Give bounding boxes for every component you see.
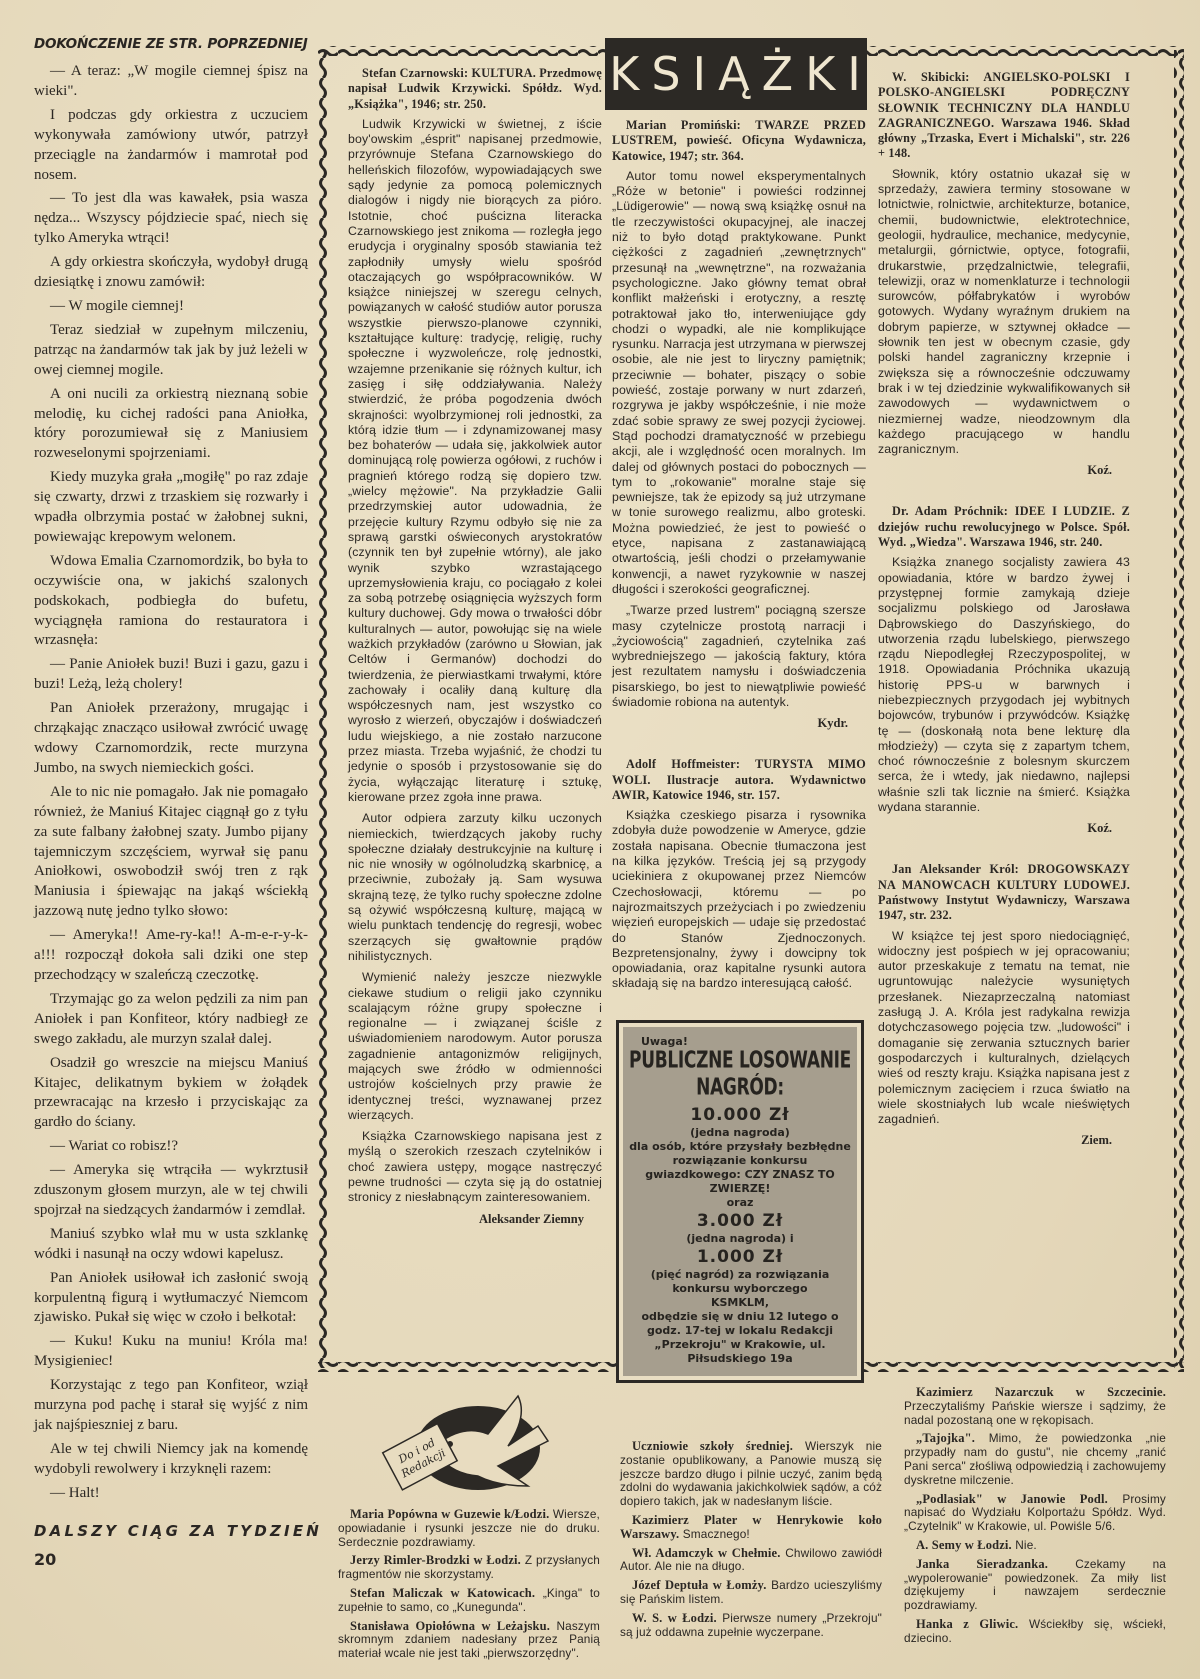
letter-entry: Uczniowie szkoły średniej. Wierszyk nie … (620, 1440, 882, 1509)
review-prominski: Marian Promiński: TWARZE PRZED LUSTREM, … (612, 118, 866, 731)
letter-entry: W. S. w Łodzi. Pierwsze numery „Przekroj… (620, 1612, 882, 1640)
story-paragraph: — Wariat co robisz!? (34, 1137, 308, 1157)
announcement-attention: Uwaga! (629, 1035, 851, 1048)
review-prochnik: Dr. Adam Próchnik: IDEE I LUDZIE. Z dzie… (878, 504, 1130, 836)
review-signature: Koź. (878, 463, 1130, 478)
letter-entry: „Podlasiak" w Janowie Podl. Prosimy napi… (904, 1493, 1166, 1534)
section-title-ksiazki: KSIĄŻKI (605, 38, 867, 110)
review-signature: Ziem. (878, 1133, 1130, 1148)
letter-entry: Hanka z Gliwic. Wściekłby się, wściekł, … (904, 1618, 1166, 1646)
review-czarnowski: Stefan Czarnowski: KULTURA. Przedmowę na… (348, 66, 602, 1227)
letters-column-1: Maria Popówna w Guzewie k/Łodzi. Wiersze… (338, 1508, 600, 1666)
story-paragraph: — Panie Aniołek buzi! Buzi i gazu, gazu … (34, 655, 308, 695)
review-paragraph: Autor tomu nowel eksperymentalnych „Róże… (612, 169, 866, 597)
letter-entry: Stanisława Opiołówna w Leżajsku. Naszym … (338, 1620, 600, 1661)
letter-addressee: Wł. Adamczyk w Chełmie. (632, 1546, 781, 1560)
letter-addressee: Stefan Maliczak w Katowicach. (350, 1586, 535, 1600)
story-paragraph: Osadził go wreszcie na miejscu Maniuś Ki… (34, 1054, 308, 1134)
letter-entry: Stefan Maliczak w Katowicach. „Kinga" to… (338, 1587, 600, 1615)
story-paragraph: Pan Aniołek przerażony, mrugając i chrzą… (34, 699, 308, 779)
letter-addressee: Janka Sieradzanka. (916, 1557, 1048, 1571)
letter-addressee: Kazimierz Nazarczuk w Szczecinie. (916, 1385, 1166, 1399)
letter-reply: Smacznego! (683, 1527, 750, 1541)
books-review-box: KSIĄŻKI Stefan Czarnowski: KULTURA. Prze… (318, 38, 1184, 1373)
letters-column-3: Kazimierz Nazarczuk w Szczecinie. Przecz… (904, 1386, 1166, 1651)
review-paragraph: W książce tej jest sporo niedociągnięć, … (878, 929, 1130, 1128)
continued-from-previous-label: DOKOŃCZENIE ZE STR. POPRZEDNIEJ (34, 36, 308, 52)
story-paragraph: Kiedy muzyka grała „mogiłę" po raz zdaje… (34, 468, 308, 548)
review-skibicki: W. Skibicki: ANGIELSKO-POLSKI I POLSKO-A… (878, 70, 1130, 478)
review-heading: W. Skibicki: ANGIELSKO-POLSKI I POLSKO-A… (878, 70, 1130, 162)
story-paragraph: Trzymając go za welon pędzili za nim pan… (34, 990, 308, 1050)
story-paragraph: Korzystając z tego pan Konfiteor, wziął … (34, 1376, 308, 1436)
continued-next-week-label: DALSZY CIĄG ZA TYDZIEŃ (34, 1522, 308, 1540)
letter-addressee: Uczniowie szkoły średniej. (632, 1439, 793, 1453)
story-paragraph: Teraz siedział w zupełnym milczeniu, pat… (34, 321, 308, 381)
review-paragraph: Książka czeskiego pisarza i rysownika zd… (612, 808, 866, 992)
letter-entry: Maria Popówna w Guzewie k/Łodzi. Wiersze… (338, 1508, 600, 1549)
letter-addressee: Maria Popówna w Guzewie k/Łodzi. (350, 1507, 549, 1521)
prize-note: (jedna nagroda) (629, 1126, 851, 1140)
review-signature: Aleksander Ziemny (348, 1212, 602, 1227)
letter-entry: Kazimierz Plater w Henrykowie koło Warsz… (620, 1514, 882, 1542)
review-paragraph: Wymienić należy jeszcze niezwykle ciekaw… (348, 970, 602, 1123)
review-signature: Koź. (878, 821, 1130, 836)
announcement-title-line: NAGRÓD: (629, 1074, 851, 1101)
story-paragraph: Wdowa Emalia Czarnomordzik, bo była to o… (34, 552, 308, 652)
story-paragraph: Maniuś szybko wlał mu w usta szklankę wó… (34, 1225, 308, 1265)
story-paragraph: — Ameryka się wtrąciła — wykrztusił zdus… (34, 1161, 308, 1221)
letter-entry: Wł. Adamczyk w Chełmie. Chwilowo zawiódł… (620, 1547, 882, 1575)
story-paragraph: A gdy orkiestra skończyła, wydobył drugą… (34, 253, 308, 293)
review-heading: Stefan Czarnowski: KULTURA. Przedmowę na… (348, 66, 602, 112)
review-heading: Marian Promiński: TWARZE PRZED LUSTREM, … (612, 118, 866, 164)
letter-entry: Józef Deptuła w Łomży. Bardzo ucieszyliś… (620, 1579, 882, 1607)
magazine-page: DOKOŃCZENIE ZE STR. POPRZEDNIEJ — A tera… (0, 0, 1200, 1679)
prize-description: (pięć nagród) za rozwiązania konkursu wy… (629, 1268, 851, 1296)
review-signature: Kydr. (612, 716, 866, 731)
letter-addressee: Kazimierz Plater w Henrykowie koło Warsz… (620, 1513, 882, 1541)
review-krol: Jan Aleksander Król: DROGOWSKAZY NA MANO… (878, 862, 1130, 1148)
dove-letter-emblem-icon: Do i od Redakcji (378, 1386, 556, 1498)
letters-column-2: Uczniowie szkoły średniej. Wierszyk nie … (620, 1440, 882, 1644)
story-paragraph: — To jest dla was kawałek, psia wasza nę… (34, 189, 308, 249)
review-heading: Jan Aleksander Król: DROGOWSKAZY NA MANO… (878, 862, 1130, 923)
letter-addressee: Hanka z Gliwic. (916, 1617, 1018, 1631)
letter-addressee: Stanisława Opiołówna w Leżajsku. (350, 1619, 550, 1633)
letter-reply: Nie. (1015, 1538, 1037, 1552)
review-column-1: Stefan Czarnowski: KULTURA. Przedmowę na… (348, 66, 602, 1253)
announcement-title: PUBLICZNE LOSOWANIE NAGRÓD: (629, 1047, 851, 1101)
prize-note: (jedna nagroda) i (629, 1232, 851, 1246)
review-paragraph: Książka Czarnowskiego napisana jest z my… (348, 1129, 602, 1205)
prize-description: dla osób, które przysłały bezbłędne rozw… (629, 1140, 851, 1196)
prize-and: oraz (629, 1196, 851, 1210)
story-paragraph: — Ameryka!! Ame-ry-ka!! A-m-e-r-y-k-a!!!… (34, 926, 308, 986)
prize-draw-announcement: Uwaga! PUBLICZNE LOSOWANIE NAGRÓD: 10.00… (616, 1020, 864, 1383)
review-paragraph: Słownik, który ostatnio ukazał się w spr… (878, 167, 1130, 458)
letter-entry: A. Semy w Łodzi. Nie. (904, 1539, 1166, 1553)
page-number: 20 (34, 1550, 308, 1569)
announcement-title-line: PUBLICZNE LOSOWANIE (629, 1047, 851, 1074)
letter-addressee: A. Semy w Łodzi. (916, 1538, 1012, 1552)
prize-amount: 10.000 Zł (629, 1104, 851, 1126)
letter-reply: Przeczytaliśmy Pańskie wiersze i sądzimy… (904, 1399, 1166, 1427)
letter-addressee: „Tajojka". (916, 1431, 975, 1445)
prize-amount: 1.000 Zł (629, 1246, 851, 1268)
letter-entry: Kazimierz Nazarczuk w Szczecinie. Przecz… (904, 1386, 1166, 1427)
story-paragraph: — Kuku! Kuku na muniu! Króla ma! Mysigie… (34, 1332, 308, 1372)
letter-addressee: Józef Deptuła w Łomży. (632, 1578, 767, 1592)
story-paragraph: Pan Aniołek usiłował ich zasłonić swoją … (34, 1269, 308, 1329)
prize-amount: 3.000 Zł (629, 1210, 851, 1232)
story-column: DOKOŃCZENIE ZE STR. POPRZEDNIEJ — A tera… (34, 36, 308, 1569)
review-heading: Dr. Adam Próchnik: IDEE I LUDZIE. Z dzie… (878, 504, 1130, 550)
letter-entry: Janka Sieradzanka. Czekamy na „wypolerow… (904, 1558, 1166, 1613)
story-text: — A teraz: „W mogile ciemnej śpisz na wi… (34, 62, 308, 1504)
draw-date-location: odbędzie się w dniu 12 lutego o godz. 17… (629, 1310, 851, 1366)
review-column-3: W. Skibicki: ANGIELSKO-POLSKI I POLSKO-A… (878, 66, 1130, 1174)
review-paragraph: Ludwik Krzywicki w świetnej, z iście boy… (348, 117, 602, 805)
story-paragraph: — Halt! (34, 1484, 308, 1504)
review-paragraph: Autor odpiera zarzuty kilku uczonych nie… (348, 811, 602, 964)
letter-addressee: W. S. w Łodzi. (632, 1611, 717, 1625)
story-paragraph: A oni nucili za orkiestrą nieznaną sobie… (34, 385, 308, 465)
story-paragraph: — W mogile ciemnej! (34, 297, 308, 317)
letter-entry: Jerzy Rimler-Brodzki w Łodzi. Z przysłan… (338, 1554, 600, 1582)
review-column-2: Marian Promiński: TWARZE PRZED LUSTREM, … (612, 118, 866, 1383)
contest-name: KSMKLM, (629, 1296, 851, 1310)
story-paragraph: Ale w tej chwili Niemcy jak na komendę w… (34, 1440, 308, 1480)
story-paragraph: — A teraz: „W mogile ciemnej śpisz na wi… (34, 62, 308, 102)
story-paragraph: Ale to nic nie pomagało. Jak nie pomagał… (34, 783, 308, 922)
review-paragraph: Książka znanego socjalisty zawiera 43 op… (878, 555, 1130, 815)
letter-addressee: „Podlasiak" w Janowie Podl. (916, 1492, 1108, 1506)
letter-entry: „Tajojka". Mimo, że powiedzonka „nie prz… (904, 1432, 1166, 1487)
letter-addressee: Jerzy Rimler-Brodzki w Łodzi. (350, 1553, 521, 1567)
story-paragraph: I podczas gdy orkiestra z uczuciem wykon… (34, 106, 308, 186)
review-paragraph: „Twarze przed lustrem" pociągną szersze … (612, 603, 866, 710)
review-heading: Adolf Hoffmeister: TURYSTA MIMO WOLI. Il… (612, 757, 866, 803)
review-hoffmeister: Adolf Hoffmeister: TURYSTA MIMO WOLI. Il… (612, 757, 866, 991)
